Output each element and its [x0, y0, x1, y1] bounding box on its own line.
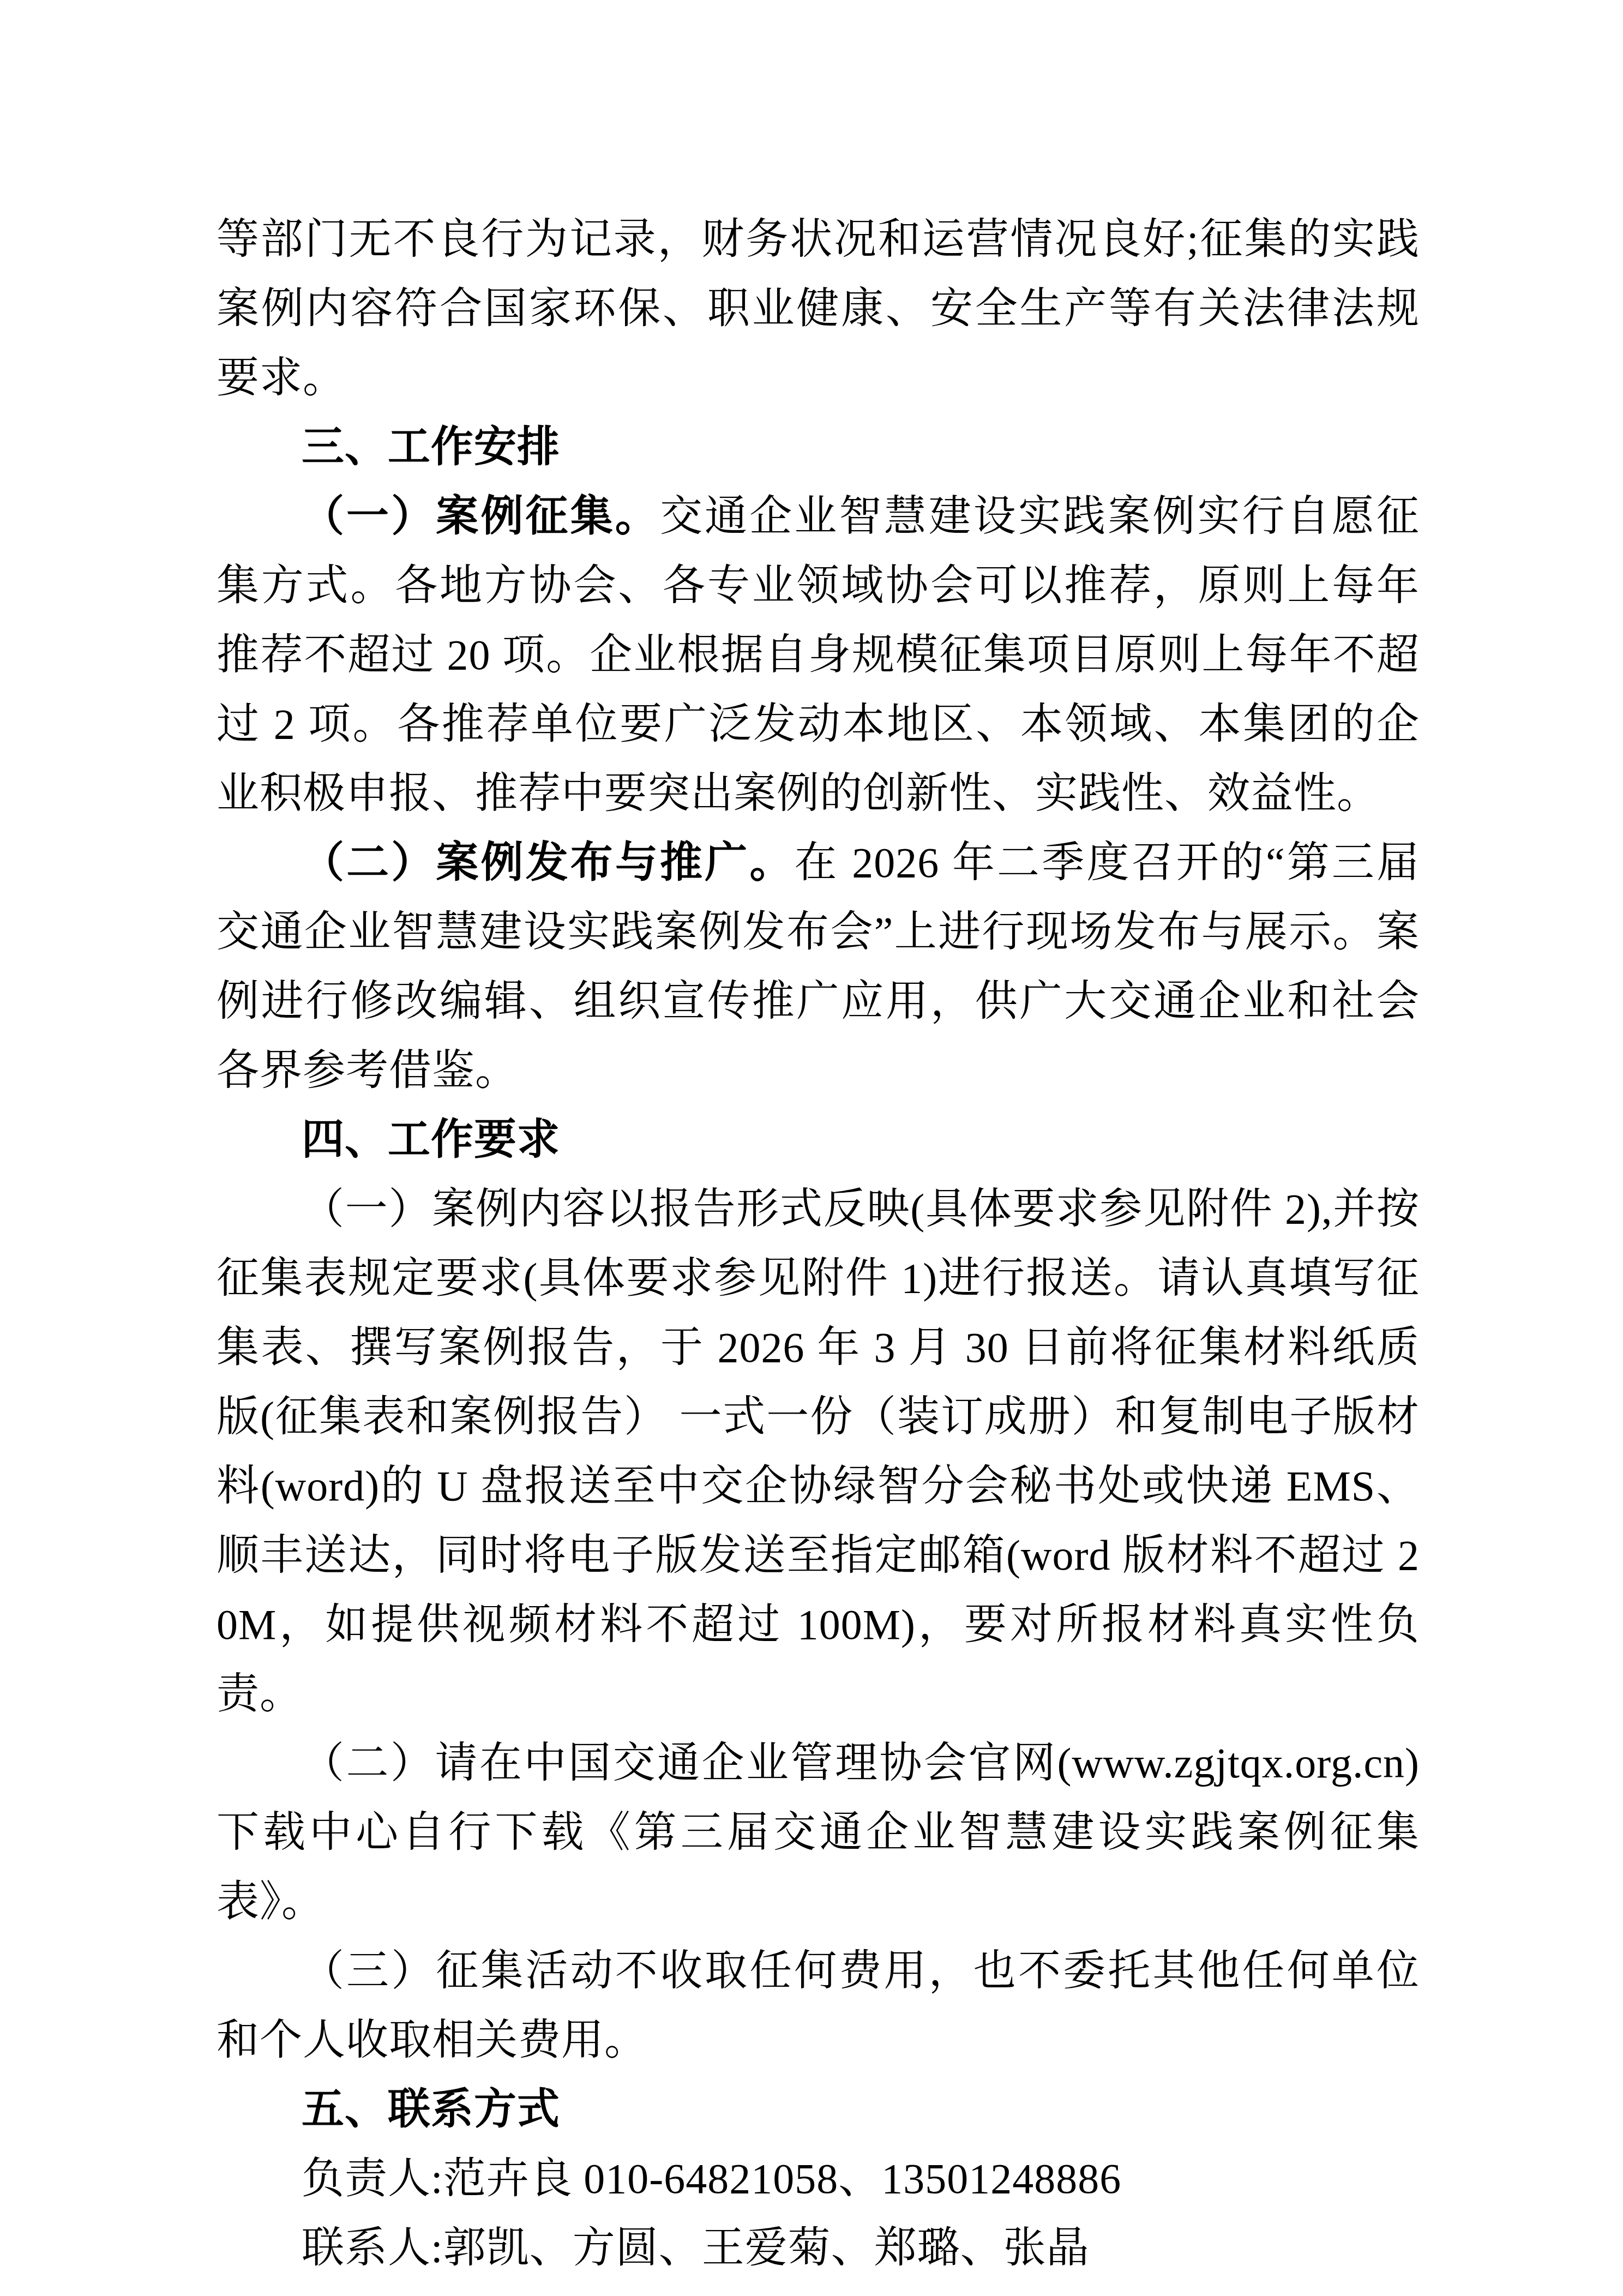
document-content: 等部门无不良行为记录，财务状况和运营情况良好;征集的实践案例内容符合国家环保、职… — [217, 205, 1420, 2282]
paragraph: （一）案例内容以报告形式反映(具体要求参见附件 2),并按征集表规定要求(具体要… — [217, 1174, 1420, 1728]
document-page: 等部门无不良行为记录，财务状况和运营情况良好;征集的实践案例内容符合国家环保、职… — [0, 0, 1623, 2296]
paragraph: 等部门无不良行为记录，财务状况和运营情况良好;征集的实践案例内容符合国家环保、职… — [217, 205, 1420, 412]
paragraph: （二）案例发布与推广。在 2026 年二季度召开的“第三届交通企业智慧建设实践案… — [217, 828, 1420, 1105]
paragraph: （三）征集活动不收取任何费用，也不委托其他任何单位和个人收取相关费用。 — [217, 1936, 1420, 2075]
paragraph: 联系人:郭凯、方圆、王爱菊、郑璐、张晶 — [217, 2213, 1420, 2282]
section-heading: 五、联系方式 — [217, 2075, 1420, 2144]
paragraph-lead: （二）案例发布与推广。 — [302, 838, 795, 886]
section-heading: 三、工作安排 — [217, 412, 1420, 482]
paragraph: （二）请在中国交通企业管理协会官网(www.zgjtqx.org.cn)下载中心… — [217, 1728, 1420, 1936]
paragraph: （一）案例征集。交通企业智慧建设实践案例实行自愿征集方式。各地方协会、各专业领域… — [217, 482, 1420, 828]
paragraph: 负责人:范卉良 010-64821058、13501248886 — [217, 2144, 1420, 2213]
paragraph-lead: （一）案例征集。 — [302, 492, 660, 540]
section-heading: 四、工作要求 — [217, 1105, 1420, 1174]
